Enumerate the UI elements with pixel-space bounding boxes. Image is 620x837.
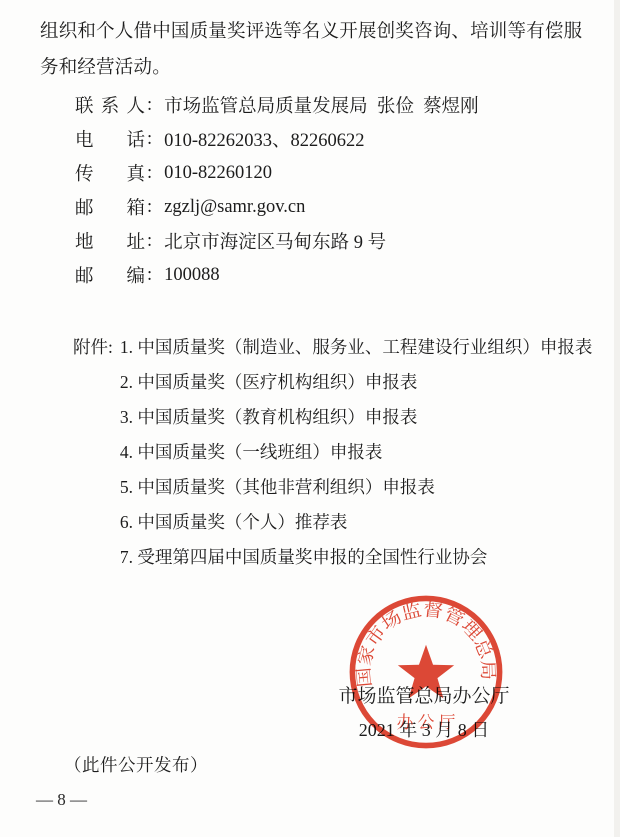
contact-colon: :: [147, 231, 152, 252]
contact-colon: :: [147, 129, 152, 150]
page-number: — 8 —: [36, 790, 87, 810]
contact-row-fax: 传 真:010-82260120: [75, 156, 479, 190]
contact-row-address: 地 址:北京市海淀区马甸东路 9 号: [75, 224, 479, 258]
contact-colon: :: [147, 163, 152, 184]
attachment-item: 2. 中国质量奖（医疗机构组织）申报表: [120, 365, 593, 400]
seal-bottom-text: 办 公 厅: [397, 713, 456, 732]
contact-row-person: 联 系 人:市场监管总局质量发展局 张俭 蔡煜刚: [75, 88, 479, 122]
attachment-item: 3. 中国质量奖（教育机构组织）申报表: [120, 400, 593, 435]
attachment-item: 7. 受理第四届中国质量奖申报的全国性行业协会: [120, 540, 593, 575]
attachment-item: 6. 中国质量奖（个人）推荐表: [120, 505, 593, 540]
document-page: 组织和个人借中国质量奖评选等名义开展创奖咨询、培训等有偿服 务和经营活动。 联 …: [0, 0, 620, 837]
attachment-item: 1. 中国质量奖（制造业、服务业、工程建设行业组织）申报表: [120, 330, 593, 365]
contact-value: 市场监管总局质量发展局 张俭 蔡煜刚: [164, 92, 479, 118]
contact-label: 邮 箱: [75, 194, 145, 220]
contact-label: 联 系 人: [75, 92, 145, 118]
paragraph-line: 务和经营活动。: [40, 50, 592, 86]
contact-colon: :: [147, 197, 152, 218]
attachments-list: 1. 中国质量奖（制造业、服务业、工程建设行业组织）申报表 2. 中国质量奖（医…: [120, 330, 593, 575]
contact-row-phone: 电 话:010-82262033、82260622: [75, 122, 479, 156]
scan-edge: [614, 0, 620, 837]
contact-value: 北京市海淀区马甸东路 9 号: [164, 228, 386, 254]
contact-label: 邮 编: [75, 262, 145, 288]
contact-row-email: 邮 箱:zgzlj@samr.gov.cn: [75, 190, 479, 224]
contact-label: 地 址: [75, 228, 145, 254]
contact-label: 传 真: [75, 160, 145, 186]
official-seal-stamp: 国家市场监督管理总局 办 公 厅: [346, 592, 506, 752]
contact-value: 010-82260120: [164, 163, 272, 184]
seal-star-icon: [398, 645, 454, 699]
attachments-label: 附件:: [73, 330, 113, 365]
contact-value: zgzlj@samr.gov.cn: [164, 197, 305, 218]
contact-colon: :: [147, 95, 152, 116]
seal-graphic: 国家市场监督管理总局 办 公 厅: [346, 592, 506, 752]
attachment-item: 4. 中国质量奖（一线班组）申报表: [120, 435, 593, 470]
paragraph-line: 组织和个人借中国质量奖评选等名义开展创奖咨询、培训等有偿服: [40, 14, 592, 50]
attachments-block: 附件: 1. 中国质量奖（制造业、服务业、工程建设行业组织）申报表 2. 中国质…: [73, 330, 592, 575]
contact-colon: :: [147, 265, 152, 286]
attachment-item: 5. 中国质量奖（其他非营利组织）申报表: [120, 470, 593, 505]
body-paragraph: 组织和个人借中国质量奖评选等名义开展创奖咨询、培训等有偿服 务和经营活动。: [40, 14, 592, 86]
contact-info-block: 联 系 人:市场监管总局质量发展局 张俭 蔡煜刚 电 话:010-8226203…: [75, 88, 479, 292]
contact-value: 010-82262033、82260622: [164, 126, 364, 152]
contact-value: 100088: [164, 265, 220, 286]
contact-label: 电 话: [75, 126, 145, 152]
public-release-note: （此件公开发布）: [64, 752, 208, 777]
contact-row-zipcode: 邮 编:100088: [75, 258, 479, 292]
